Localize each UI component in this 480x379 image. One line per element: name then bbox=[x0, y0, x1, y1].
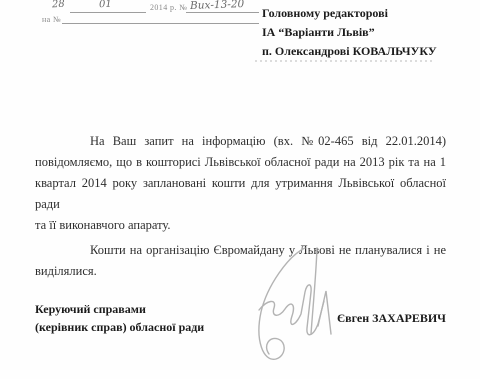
body-text-line: та її виконавчого апарату. bbox=[35, 215, 446, 236]
handwritten-month: 01 bbox=[99, 0, 112, 10]
signature-stroke bbox=[311, 248, 331, 334]
signer-position-line: Керуючий справами bbox=[35, 301, 204, 319]
letter-body: На Ваш запит на інформацію (вх. №02-465 … bbox=[35, 131, 446, 282]
signer-position-block: Керуючий справами (керівник справ) облас… bbox=[35, 301, 204, 336]
recipient-line: ІА “Варіанти Львів” bbox=[262, 23, 437, 42]
month-blank-line bbox=[70, 12, 146, 13]
recipient-line: п. Олександрові КОВАЛЬЧУКУ bbox=[262, 42, 437, 61]
recipient-block: Головному редакторові ІА “Варіанти Львів… bbox=[262, 4, 437, 61]
body-text-line: Кошти на організацію Євромайдану у Львов… bbox=[35, 240, 446, 261]
body-text-line: повідомляємо, що в кошторисі Львівської … bbox=[35, 152, 446, 173]
document-page: 28 01 2014 р. № Вих-13-20 на № Головному… bbox=[0, 0, 480, 379]
outgoing-number-underline bbox=[186, 12, 259, 13]
handwritten-signature-icon bbox=[243, 246, 353, 371]
date-number-label: 2014 р. № bbox=[150, 3, 187, 12]
handwritten-day: 28 bbox=[52, 0, 65, 10]
incoming-number-label: на № bbox=[42, 15, 61, 24]
signer-name: Євген ЗАХАРЕВИЧ bbox=[337, 311, 446, 326]
body-text-line: На Ваш запит на інформацію (вх. №02-465 … bbox=[35, 131, 446, 152]
incoming-number-blank-line bbox=[62, 23, 259, 24]
recipient-line: Головному редакторові bbox=[262, 4, 437, 23]
outgoing-number: Вих-13-20 bbox=[190, 0, 245, 12]
body-text-line: виділялися. bbox=[35, 261, 446, 282]
signer-position-line: (керівник справ) обласної ради bbox=[35, 319, 204, 337]
scan-artifact-line bbox=[255, 60, 433, 62]
body-text-line: квартал 2014 року заплановані кошти для … bbox=[35, 173, 446, 215]
